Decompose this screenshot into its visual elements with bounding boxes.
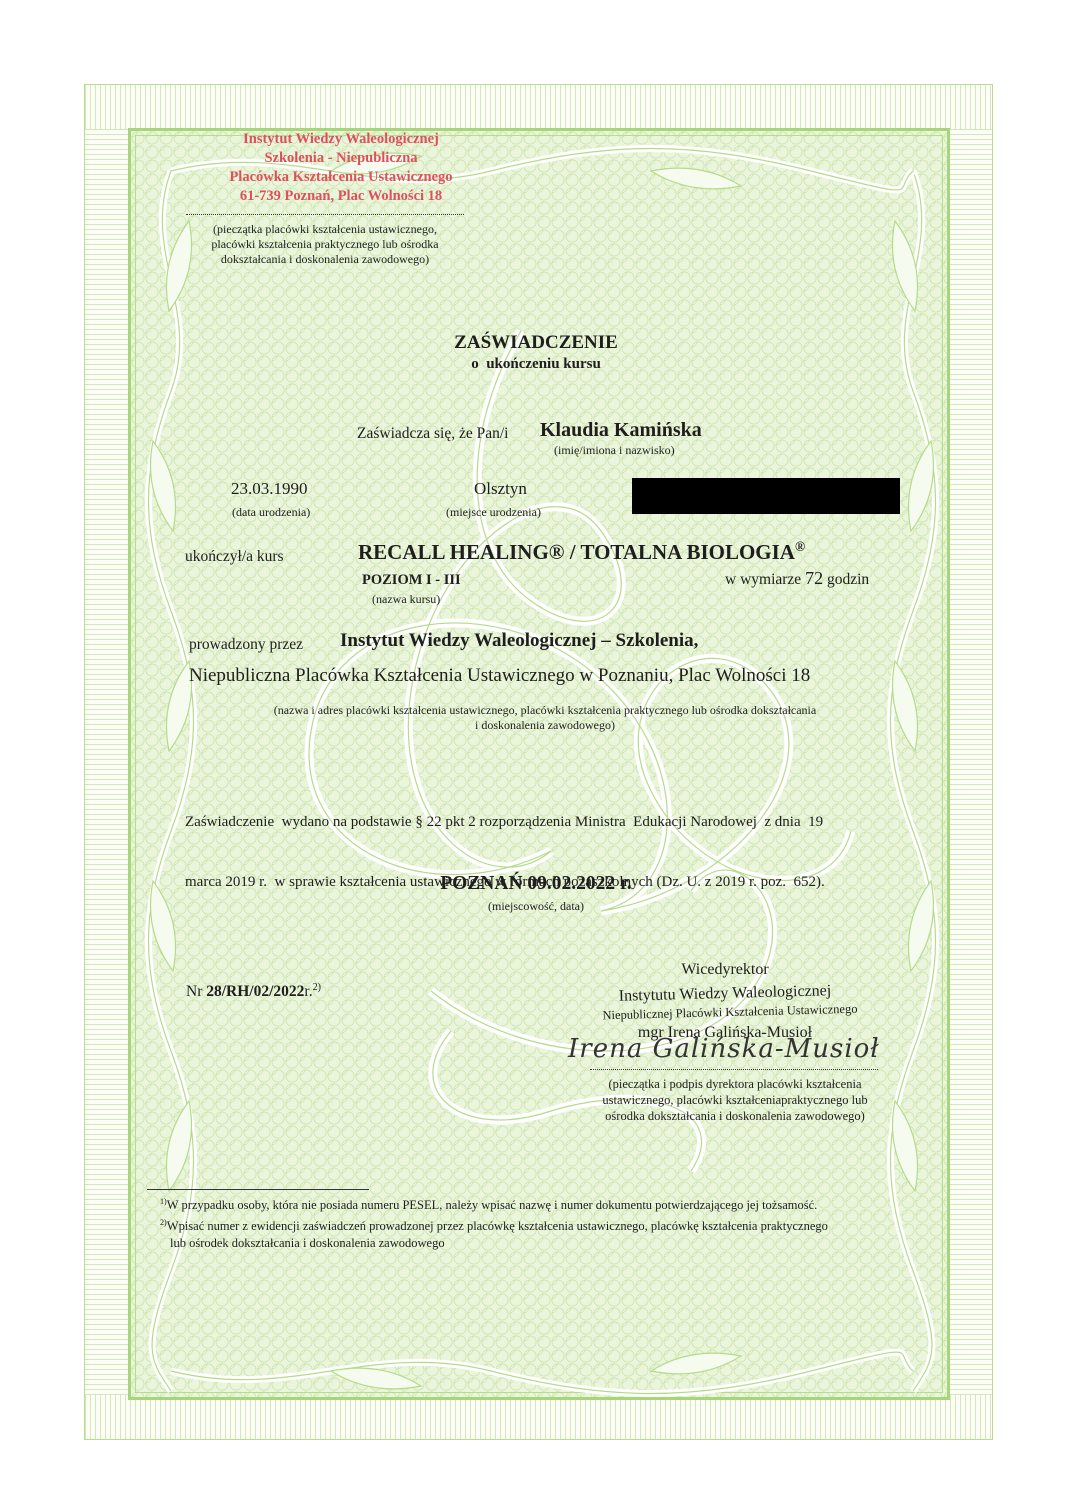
legal-basis-line: Zaświadczenie wydano na podstawie § 22 p… [185, 812, 825, 832]
organizer-address: Niepubliczna Placówka Kształcenia Ustawi… [189, 665, 810, 687]
footnote-2-text: Wpisać numer z ewidencji zaświadczeń pro… [167, 1219, 828, 1233]
footnote-1-ref: 1) [160, 1197, 167, 1206]
stamp-caption: (pieczątka placówki kształcenia ustawicz… [186, 222, 464, 267]
completed-course-label: ukończył/a kurs [185, 548, 284, 566]
signatory-caption-line: (pieczątka i podpis dyrektora placówki k… [585, 1076, 885, 1092]
issue-place-date: POZNAŃ 09.02.2022 r. [386, 873, 686, 895]
issue-caption: (miejscowość, data) [386, 899, 686, 914]
organizer-name: Instytut Wiedzy Waleologicznej – Szkolen… [340, 630, 698, 652]
stamp-line: 61-739 Poznań, Plac Wolności 18 [216, 187, 466, 206]
birth-date: 23.03.1990 [231, 479, 308, 499]
hours-prefix: w wymiarze [725, 571, 801, 588]
institution-stamp: Instytut Wiedzy Waleologicznej Szkolenia… [216, 130, 466, 206]
course-name-caption: (nazwa kursu) [372, 592, 440, 607]
stamp-line: Placówka Kształcenia Ustawicznego [216, 168, 466, 187]
redacted-pesel [632, 478, 900, 514]
course-hours: w wymiarze 72 godzin [725, 568, 869, 589]
footnote-1-text: W przypadku osoby, która nie posiada num… [167, 1198, 818, 1212]
signatory-caption-line: ustawicznego, placówki kształceniaprakty… [585, 1092, 885, 1108]
birth-place-caption: (miejsce urodzenia) [446, 505, 541, 520]
number-suffix: r. [304, 983, 312, 1000]
stamp-line: Szkolenia - Niepubliczna [216, 149, 466, 168]
certificate-number: Nr 28/RH/02/2022r.2) [186, 982, 321, 1001]
stamp-line: Instytut Wiedzy Waleologicznej [216, 130, 466, 149]
organizer-caption: (nazwa i adres placówki kształcenia usta… [180, 703, 910, 733]
footnote-2: 2)Wpisać numer z ewidencji zaświadczeń p… [160, 1214, 828, 1235]
stamp-caption-line: (pieczątka placówki kształcenia ustawicz… [186, 222, 464, 237]
document-subtitle: o ukończeniu kursu [386, 356, 686, 373]
handwritten-signature: Irena Galińska-Musioł [568, 1034, 880, 1064]
footnotes: 1)W przypadku osoby, która nie posiada n… [160, 1193, 828, 1252]
stamp-caption-line: placówki kształcenia praktycznego lub oś… [186, 237, 464, 252]
organizer-caption-line: i doskonalenia zawodowego) [180, 718, 910, 733]
organizer-caption-line: (nazwa i adres placówki kształcenia usta… [180, 703, 910, 718]
hours-suffix: godzin [827, 571, 869, 588]
stamp-caption-line: dokształcania i doskonalenia zawodowego) [186, 252, 464, 267]
signature-dotted-line [590, 1069, 878, 1070]
number-prefix: Nr [186, 983, 202, 1000]
birth-date-caption: (data urodzenia) [232, 505, 310, 520]
footnote-separator [147, 1189, 369, 1190]
course-level: POZIOM I - III [362, 572, 461, 589]
footnote-2-ref: 2) [160, 1218, 167, 1227]
organizer-label: prowadzony przez [189, 636, 303, 654]
birth-place: Olsztyn [474, 479, 527, 499]
signatory-caption: (pieczątka i podpis dyrektora placówki k… [585, 1076, 885, 1124]
signatory-caption-line: ośrodka dokształcania i doskonalenia zaw… [585, 1108, 885, 1124]
course-name: RECALL HEALING® / TOTALNA BIOLOGIA® [358, 539, 805, 565]
person-name-caption: (imię/imiona i nazwisko) [554, 443, 675, 458]
hours-value: 72 [805, 568, 823, 588]
number-value: 28/RH/02/2022 [206, 983, 304, 1000]
stamp-dotted-line [186, 214, 464, 215]
registered-mark: ® [795, 539, 805, 554]
certifies-label: Zaświadcza się, że Pan/i [357, 425, 509, 443]
footnote-1: 1)W przypadku osoby, która nie posiada n… [160, 1193, 828, 1214]
footnote-ref: 2) [313, 982, 321, 993]
course-name-text: RECALL HEALING® / TOTALNA BIOLOGIA [358, 540, 795, 564]
signatory-title: Wicedyrektor [580, 961, 870, 979]
footnote-2-continued: lub ośrodek dokształcania i doskonalenia… [160, 1235, 828, 1252]
person-name: Klaudia Kamińska [540, 419, 702, 442]
document-title: ZAŚWIADCZENIE [386, 332, 686, 354]
